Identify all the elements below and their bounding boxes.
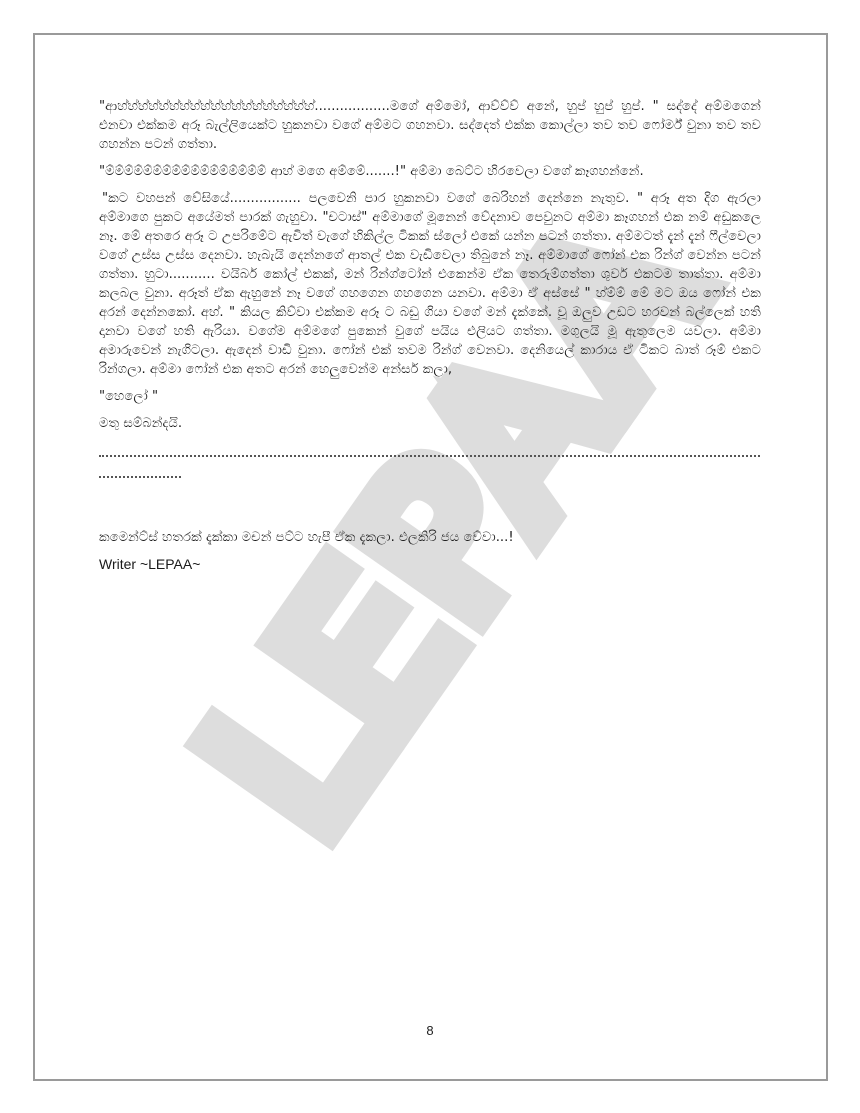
closing-note: කමෙන්ට්ස් හතරක් දැක්කා මචන් පට්ට හැපී ඒක… [99,528,761,547]
paragraph-1: "ආහ්හ්හ්හ්හ්හ්හ්හ්හ්හ්හ්හ්හ්හ්හ්හ්හ්හ්හ්… [99,97,761,154]
paragraph-4: "හෙලෝ " [99,387,761,406]
dotted-separator [99,455,760,457]
paragraph-3: "කට වහපන් වේසියේ................. පලවෙනි… [99,189,761,379]
paragraph-2: "ම්ම්ම්ම්ම්ම්ම්ම්ම්ම්ම්ම්ම්ම්ම්ම්ම් ආහ් … [99,162,761,181]
writer-signature: Writer ~LEPAA~ [99,555,761,574]
page-number: 8 [0,1023,860,1038]
paragraph-5: මතු සම්බන්දයි. [99,414,761,433]
dotted-separator-short [99,476,181,478]
document-body: "ආහ්හ්හ්හ්හ්හ්හ්හ්හ්හ්හ්හ්හ්හ්හ්හ්හ්හ්හ්… [99,97,761,582]
